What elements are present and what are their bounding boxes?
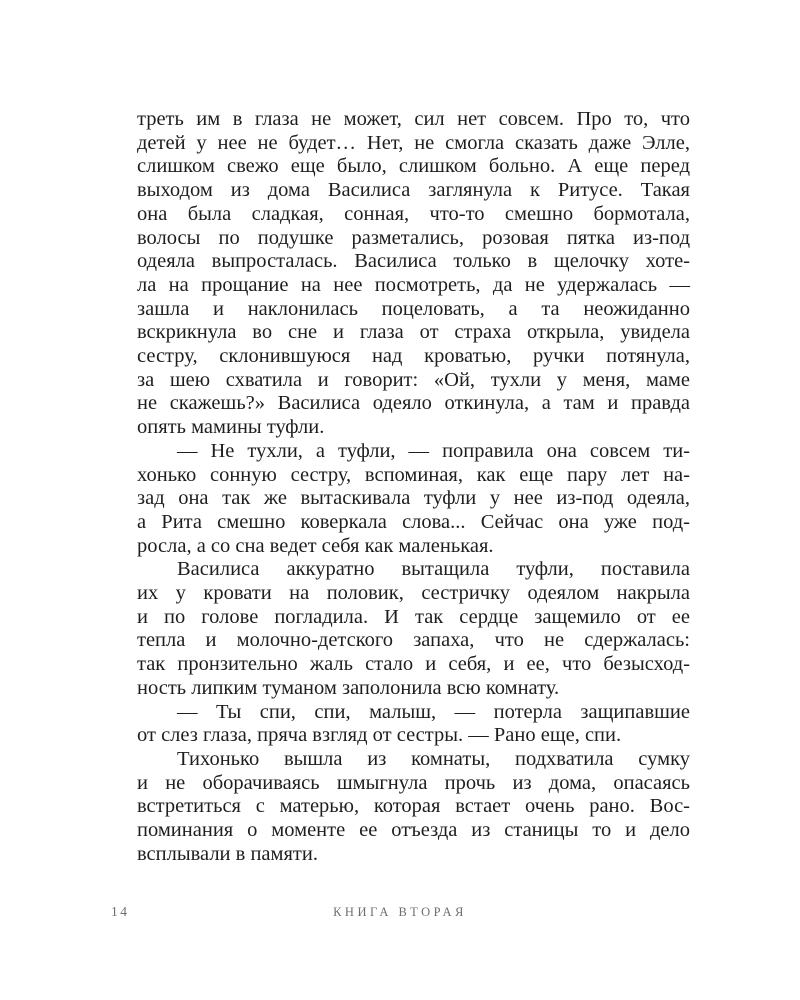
text-line: выходом из дома Василиса заглянула к Рит… <box>137 179 690 203</box>
text-line: от слез глаза, пряча взгляд от сестры. —… <box>137 724 690 748</box>
text-line: и не оборачиваясь шмыгнула прочь из дома… <box>137 772 690 796</box>
text-line: не скажешь?» Василиса одеяло откинула, а… <box>137 392 690 416</box>
text-line: их у кровати на половик, сестричку одеял… <box>137 582 690 606</box>
text-line: — Не тухли, а туфли, — поправила она сов… <box>137 440 690 464</box>
text-line: хонько сонную сестру, вспоминая, как еще… <box>137 464 690 488</box>
text-line: тепла и молочно-детского запаха, что не … <box>137 629 690 653</box>
text-line: зашла и наклонилась поцеловать, а та нео… <box>137 298 690 322</box>
text-line: ность липким туманом заполонила всю комн… <box>137 677 690 701</box>
page-text: треть им в глаза не может, сил нет совсе… <box>137 108 690 867</box>
text-line: одеяла выпросталась. Василиса только в щ… <box>137 250 690 274</box>
text-line: так пронзительно жаль стало и себя, и ее… <box>137 653 690 677</box>
text-line: а Рита смешно коверкала слова... Сейчас … <box>137 511 690 535</box>
text-line: опять мамины туфли. <box>137 416 690 440</box>
text-line: — Ты спи, спи, малыш, — потерла защипавш… <box>137 701 690 725</box>
running-title: КНИГА ВТОРАЯ <box>0 905 800 920</box>
text-line: вскрикнула во сне и глаза от страха откр… <box>137 321 690 345</box>
text-line: треть им в глаза не может, сил нет совсе… <box>137 108 690 132</box>
text-line: ла на прощание на нее посмотреть, да не … <box>137 274 690 298</box>
page-footer: 14 КНИГА ВТОРАЯ <box>0 904 800 924</box>
text-line: слишком свежо еще было, слишком больно. … <box>137 155 690 179</box>
text-line: Тихонько вышла из комнаты, подхватила су… <box>137 748 690 772</box>
text-line: Василиса аккуратно вытащила туфли, поста… <box>137 558 690 582</box>
text-line: росла, а со сна ведет себя как маленькая… <box>137 535 690 559</box>
text-line: и по голове погладила. И так сердце заще… <box>137 606 690 630</box>
text-line: волосы по подушке разметались, розовая п… <box>137 227 690 251</box>
text-line: детей у нее не будет… Нет, не смогла ска… <box>137 132 690 156</box>
book-page: треть им в глаза не может, сил нет совсе… <box>0 0 800 1000</box>
text-line: за шею схватила и говорит: «Ой, тухли у … <box>137 369 690 393</box>
text-line: сестру, склонившуюся над кроватью, ручки… <box>137 345 690 369</box>
text-line: зад она так же вытаскивала туфли у нее и… <box>137 487 690 511</box>
text-line: всплывали в памяти. <box>137 843 690 867</box>
text-line: она была сладкая, сонная, что-то смешно … <box>137 203 690 227</box>
text-line: поминания о моменте ее отъезда из станиц… <box>137 819 690 843</box>
text-line: встретиться с матерью, которая встает оч… <box>137 795 690 819</box>
